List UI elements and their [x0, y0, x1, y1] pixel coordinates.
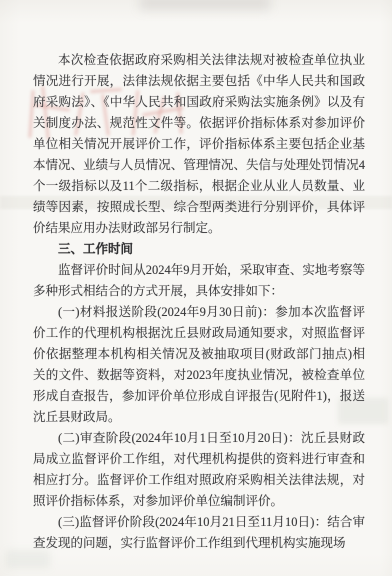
paragraph-stage-2-review: (二)审查阶段(2024年10月1日至10月20日)：沈丘县财政局成立监督评价工… — [33, 428, 365, 512]
section-heading-work-time: 三、工作时间 — [33, 239, 365, 260]
paragraph-stage-1-material-submission: (一)材料报送阶段(2024年9月30日前)：参加本次监督评价工作的代理机构根据… — [33, 302, 365, 428]
paragraph-inspection-basis: 本次检查依据政府采购相关法律法规对被检查单位执业情况进行开展，法律法规依据主要包… — [33, 50, 365, 239]
scan-shadow-top — [140, 0, 270, 10]
paragraph-schedule-intro: 监督评价时间从2024年9月开始，采取审查、实地考察等多种形式相结合的方式开展，… — [33, 260, 365, 302]
paragraph-stage-3-supervision-evaluation: (三)监督评价阶段(2024年10月21日至11月10日)：结合审查发现的问题，… — [33, 512, 365, 554]
scanned-document-page: 本次检查依据政府采购相关法律法规对被检查单位执业情况进行开展，法律法规依据主要包… — [0, 0, 392, 576]
document-body: 本次检查依据政府采购相关法律法规对被检查单位执业情况进行开展，法律法规依据主要包… — [33, 50, 365, 554]
